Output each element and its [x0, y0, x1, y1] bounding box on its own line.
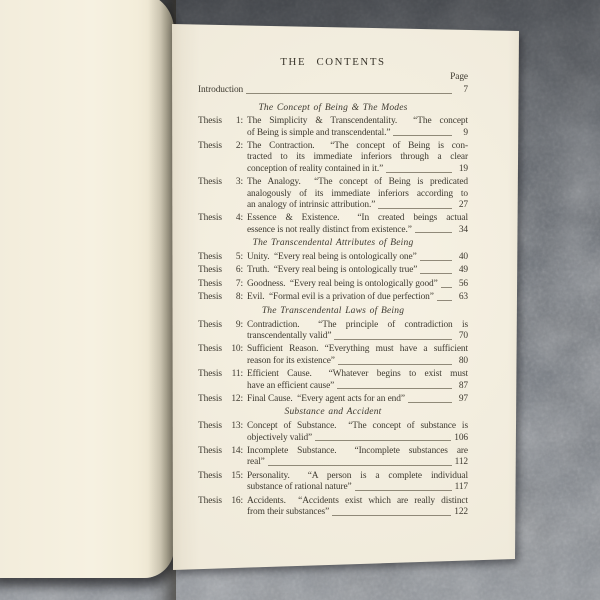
- page-number: 7: [455, 85, 468, 96]
- entry-last-line: Introduction 7: [198, 85, 468, 96]
- entry-label-num: 4:: [236, 213, 243, 236]
- entry-label: Thesis4:: [198, 213, 243, 236]
- entry-last-line: have an efficient cause” 87: [247, 381, 468, 392]
- entry-label: Thesis3:: [198, 177, 243, 211]
- entry-body: Goodness. “Every real being is ontologic…: [247, 279, 468, 290]
- entry-body: Sufficient Reason. “Everything must have…: [247, 344, 468, 367]
- entry-body: Efficient Cause. “Whatever begins to exi…: [247, 369, 468, 392]
- entry-text-line: Efficient Cause. “Whatever begins to exi…: [247, 369, 468, 380]
- toc-entry-thesis-13: Thesis13: Concept of Substance. “The con…: [198, 421, 468, 444]
- entry-label-word: Thesis: [198, 213, 222, 236]
- entry-label-num: 9:: [236, 320, 243, 343]
- entry-text: an analogy of intrinsic attribution.”: [247, 200, 375, 211]
- entry-text-line: Accidents. “Accidents exist which are re…: [247, 496, 468, 507]
- leader-line: [386, 172, 452, 173]
- page-number: 106: [454, 433, 468, 444]
- entry-last-line: objectively valid” 106: [247, 433, 468, 444]
- page-number: 49: [455, 265, 468, 276]
- toc-entry-thesis-14: Thesis14: Incomplete Substance. “Incompl…: [198, 446, 468, 469]
- toc-entry-thesis-2: Thesis2: The Contraction. “The concept o…: [198, 141, 468, 175]
- entry-text-line: Contradiction. “The principle of contrad…: [247, 320, 468, 331]
- entry-label-word: Thesis: [198, 369, 222, 392]
- contents-page: THE CONTENTS Page Introduction 7 The Con…: [166, 18, 526, 574]
- entry-text: Unity. “Every real being is ontologicall…: [247, 252, 417, 263]
- entry-label-num: 11:: [232, 369, 243, 392]
- entry-body: Personality. “A person is a complete ind…: [247, 471, 468, 494]
- entry-text-line: Sufficient Reason. “Everything must have…: [247, 344, 468, 355]
- page-number: 40: [455, 252, 468, 263]
- entry-label: Thesis10:: [198, 344, 243, 367]
- leader-line: [415, 232, 452, 233]
- leader-line: [408, 402, 452, 403]
- entry-body: Incomplete Substance. “Incomplete substa…: [247, 446, 468, 469]
- entry-label-word: Thesis: [198, 421, 222, 444]
- leader-line: [337, 388, 452, 389]
- entry-last-line: Goodness. “Every real being is ontologic…: [247, 279, 468, 290]
- entry-last-line: an analogy of intrinsic attribution.” 27: [247, 200, 468, 211]
- entry-last-line: Final Cause. “Every agent acts for an en…: [247, 394, 468, 405]
- leader-line: [420, 273, 452, 274]
- entry-text-line: The Analogy. “The concept of Being is pr…: [247, 177, 468, 188]
- page-column-label: Page: [198, 72, 468, 83]
- leader-line: [420, 260, 452, 261]
- entry-last-line: Unity. “Every real being is ontologicall…: [247, 252, 468, 263]
- leader-line: [334, 339, 452, 340]
- page-number: 112: [455, 457, 468, 468]
- entry-last-line: transcendentally valid” 70: [247, 331, 468, 342]
- entry-label-num: 13:: [231, 421, 243, 444]
- entry-text: reason for its existence”: [247, 356, 335, 367]
- entry-label-num: 10:: [231, 344, 243, 367]
- toc-entry-introduction: Introduction 7: [198, 85, 468, 96]
- leader-line: [355, 490, 452, 491]
- entry-last-line: substance of rational nature” 117: [247, 482, 468, 493]
- contents-page-paper: THE CONTENTS Page Introduction 7 The Con…: [166, 18, 526, 574]
- entry-label-word: Thesis: [198, 279, 222, 290]
- page-number: 34: [455, 225, 468, 236]
- entry-label: Thesis14:: [198, 446, 243, 469]
- entry-body: Introduction 7: [198, 85, 468, 96]
- page-number: 80: [455, 356, 468, 367]
- book-photo-scene: THE CONTENTS Page Introduction 7 The Con…: [0, 0, 600, 600]
- entry-last-line: Evil. “Formal evil is a privation of due…: [247, 292, 468, 303]
- entry-body: Concept of Substance. “The concept of su…: [247, 421, 468, 444]
- page-title: THE CONTENTS: [198, 56, 468, 69]
- entry-label-num: 8:: [236, 292, 243, 303]
- entry-label-num: 2:: [236, 141, 243, 175]
- toc-entry-thesis-8: Thesis8: Evil. “Formal evil is a privati…: [198, 292, 468, 303]
- page-number: 122: [454, 507, 468, 518]
- leader-line: [393, 135, 452, 136]
- entry-text: substance of rational nature”: [247, 482, 352, 493]
- leader-line: [338, 364, 452, 365]
- entry-text-line: Incomplete Substance. “Incomplete substa…: [247, 446, 468, 457]
- entry-label: Thesis6:: [198, 265, 243, 276]
- toc-entry-thesis-4: Thesis4: Essence & Existence. “In create…: [198, 213, 468, 236]
- entry-last-line: from their substances” 122: [247, 507, 468, 518]
- leader-line: [332, 515, 451, 516]
- entry-label: Thesis2:: [198, 141, 243, 175]
- toc-entry-thesis-1: Thesis1: The Simplicity & Transcendental…: [198, 116, 468, 139]
- leader-line: [315, 440, 451, 441]
- entry-label: Thesis9:: [198, 320, 243, 343]
- entry-label: Thesis13:: [198, 421, 243, 444]
- entry-label-word: Thesis: [198, 320, 222, 343]
- entry-label-num: 6:: [236, 265, 243, 276]
- entry-text-line: The Contraction. “The concept of Being i…: [247, 141, 468, 152]
- entry-body: The Simplicity & Transcendentality. “The…: [247, 116, 468, 139]
- entry-last-line: real” 112: [247, 457, 468, 468]
- leader-line: [437, 300, 452, 301]
- entry-text: Final Cause. “Every agent acts for an en…: [247, 394, 405, 405]
- entry-text-line: Concept of Substance. “The concept of su…: [247, 421, 468, 432]
- entry-label-word: Thesis: [198, 344, 222, 367]
- entry-label-num: 7:: [236, 279, 243, 290]
- entry-text: of Being is simple and transcendental.”: [247, 128, 390, 139]
- entry-label-word: Thesis: [198, 177, 222, 211]
- entry-label-word: Thesis: [198, 446, 222, 469]
- entry-label-word: Thesis: [198, 252, 222, 263]
- entry-text: Introduction: [198, 85, 243, 96]
- entry-label-num: 16:: [231, 496, 243, 519]
- page-number: 56: [455, 279, 468, 290]
- entry-last-line: conception of reality contained in it.” …: [247, 164, 468, 175]
- entry-body: The Analogy. “The concept of Being is pr…: [247, 177, 468, 211]
- entry-text: essence is not really distinct from exis…: [247, 225, 412, 236]
- entry-last-line: Truth. “Every real being is ontologicall…: [247, 265, 468, 276]
- page-number: 63: [455, 292, 468, 303]
- entry-label: Thesis8:: [198, 292, 243, 303]
- entry-label: Thesis16:: [198, 496, 243, 519]
- entry-text-line: Essence & Existence. “In created beings …: [247, 213, 468, 224]
- entry-label-word: Thesis: [198, 141, 222, 175]
- toc-entry-thesis-7: Thesis7: Goodness. “Every real being is …: [198, 279, 468, 290]
- entry-label-word: Thesis: [198, 471, 222, 494]
- entry-text-line: analogously of its immediate inferiors a…: [247, 189, 468, 200]
- section-heading: The Transcendental Laws of Being: [198, 306, 468, 317]
- entry-text: Goodness. “Every real being is ontologic…: [247, 279, 438, 290]
- entry-label: Thesis1:: [198, 116, 243, 139]
- entry-label-num: 15:: [231, 471, 243, 494]
- page-number: 27: [455, 200, 468, 211]
- entry-label-num: 5:: [236, 252, 243, 263]
- toc-entry-thesis-11: Thesis11: Efficient Cause. “Whatever beg…: [198, 369, 468, 392]
- entry-label-word: Thesis: [198, 496, 222, 519]
- entry-text-line: tracted to its immediate inferiors throu…: [247, 152, 468, 163]
- entry-body: Accidents. “Accidents exist which are re…: [247, 496, 468, 519]
- leader-line: [441, 287, 452, 288]
- entry-text: from their substances”: [247, 507, 329, 518]
- toc-entry-thesis-16: Thesis16: Accidents. “Accidents exist wh…: [198, 496, 468, 519]
- section-heading: The Concept of Being & The Modes: [198, 103, 468, 114]
- entry-body: Unity. “Every real being is ontologicall…: [247, 252, 468, 263]
- entry-text: transcendentally valid”: [247, 331, 331, 342]
- entry-label: Thesis7:: [198, 279, 243, 290]
- entry-text: have an efficient cause”: [247, 381, 334, 392]
- toc-entry-thesis-9: Thesis9: Contradiction. “The principle o…: [198, 320, 468, 343]
- entry-text: Evil. “Formal evil is a privation of due…: [247, 292, 434, 303]
- entry-body: Contradiction. “The principle of contrad…: [247, 320, 468, 343]
- entry-text: real”: [247, 457, 265, 468]
- page-number: 70: [455, 331, 468, 342]
- entry-label-num: 14:: [231, 446, 243, 469]
- entry-label: Thesis5:: [198, 252, 243, 263]
- entry-text: Truth. “Every real being is ontologicall…: [247, 265, 417, 276]
- entry-label-word: Thesis: [198, 265, 222, 276]
- toc-entry-thesis-15: Thesis15: Personality. “A person is a co…: [198, 471, 468, 494]
- entry-body: Essence & Existence. “In created beings …: [247, 213, 468, 236]
- page-number: 97: [455, 394, 468, 405]
- leader-line: [246, 93, 452, 94]
- toc-entry-thesis-6: Thesis6: Truth. “Every real being is ont…: [198, 265, 468, 276]
- entry-label-word: Thesis: [198, 292, 222, 303]
- entry-text: conception of reality contained in it.”: [247, 164, 383, 175]
- entry-body: Truth. “Every real being is ontologicall…: [247, 265, 468, 276]
- entry-label-num: 1:: [236, 116, 243, 139]
- entry-text: objectively valid”: [247, 433, 312, 444]
- entry-body: The Contraction. “The concept of Being i…: [247, 141, 468, 175]
- leader-line: [268, 465, 452, 466]
- entry-label-num: 3:: [236, 177, 243, 211]
- section-heading: Substance and Accident: [198, 407, 468, 418]
- entry-label: Thesis11:: [198, 369, 243, 392]
- page-number: 117: [455, 482, 468, 493]
- entry-body: Final Cause. “Every agent acts for an en…: [247, 394, 468, 405]
- entry-label: Thesis15:: [198, 471, 243, 494]
- page-number: 19: [455, 164, 468, 175]
- entry-last-line: reason for its existence” 80: [247, 356, 468, 367]
- entry-last-line: of Being is simple and transcendental.” …: [247, 128, 468, 139]
- page-number: 9: [455, 128, 468, 139]
- toc-entry-thesis-5: Thesis5: Unity. “Every real being is ont…: [198, 252, 468, 263]
- entry-label-word: Thesis: [198, 116, 222, 139]
- toc-entry-thesis-12: Thesis12: Final Cause. “Every agent acts…: [198, 394, 468, 405]
- entry-text-line: The Simplicity & Transcendentality. “The…: [247, 116, 468, 127]
- leader-line: [378, 208, 452, 209]
- page-number: 87: [455, 381, 468, 392]
- entry-last-line: essence is not really distinct from exis…: [247, 225, 468, 236]
- entry-text-line: Personality. “A person is a complete ind…: [247, 471, 468, 482]
- entry-label-word: Thesis: [198, 394, 222, 405]
- entry-label: Thesis12:: [198, 394, 243, 405]
- toc-entry-thesis-3: Thesis3: The Analogy. “The concept of Be…: [198, 177, 468, 211]
- entry-body: Evil. “Formal evil is a privation of due…: [247, 292, 468, 303]
- entry-label-num: 12:: [231, 394, 243, 405]
- section-heading: The Transcendental Attributes of Being: [198, 238, 468, 249]
- table-of-contents: THE CONTENTS Page Introduction 7 The Con…: [198, 56, 468, 520]
- toc-entry-thesis-10: Thesis10: Sufficient Reason. “Everything…: [198, 344, 468, 367]
